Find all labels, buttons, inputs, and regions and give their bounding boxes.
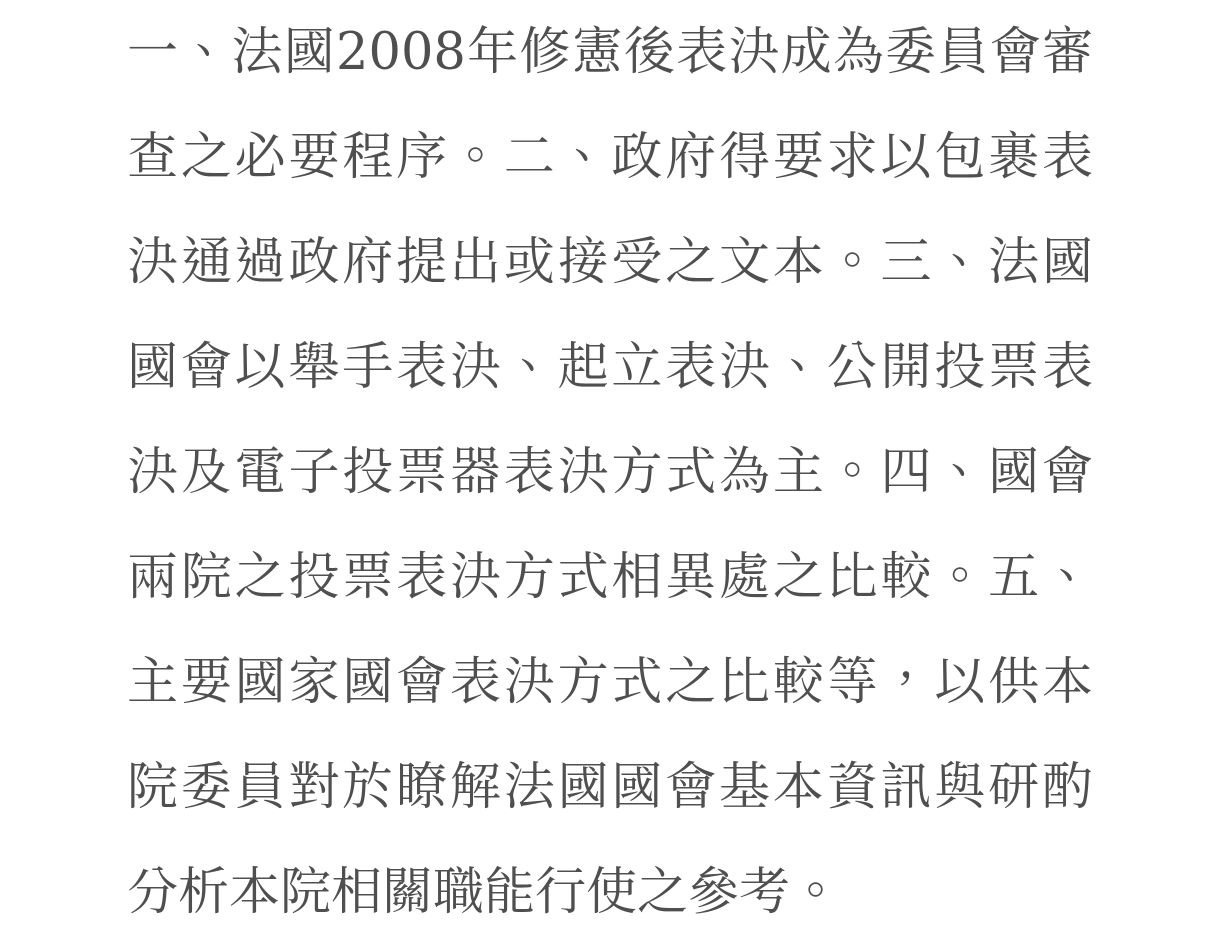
text-line: 決及電子投票器表決方式為主。四、國會 — [127, 420, 1093, 525]
text-line: 兩院之投票表決方式相異處之比較。五、 — [127, 525, 1093, 630]
text-line: 國會以舉手表決、起立表決、公開投票表 — [127, 315, 1093, 420]
document-page: 一、法國2008年修憲後表決成為委員會審 查之必要程序。二、政府得要求以包裹表 … — [0, 0, 1220, 945]
text-line: 主要國家國會表決方式之比較等，以供本 — [127, 630, 1093, 735]
text-line: 決通過政府提出或接受之文本。三、法國 — [127, 210, 1093, 315]
text-line: 一、法國2008年修憲後表決成為委員會審 — [127, 0, 1093, 105]
text-line: 查之必要程序。二、政府得要求以包裹表 — [127, 105, 1093, 210]
text-line: 分析本院相關職能行使之參考。 — [127, 840, 1093, 945]
text-line: 院委員對於瞭解法國國會基本資訊與研酌 — [127, 735, 1093, 840]
paragraph-text-block: 一、法國2008年修憲後表決成為委員會審 查之必要程序。二、政府得要求以包裹表 … — [127, 0, 1093, 945]
